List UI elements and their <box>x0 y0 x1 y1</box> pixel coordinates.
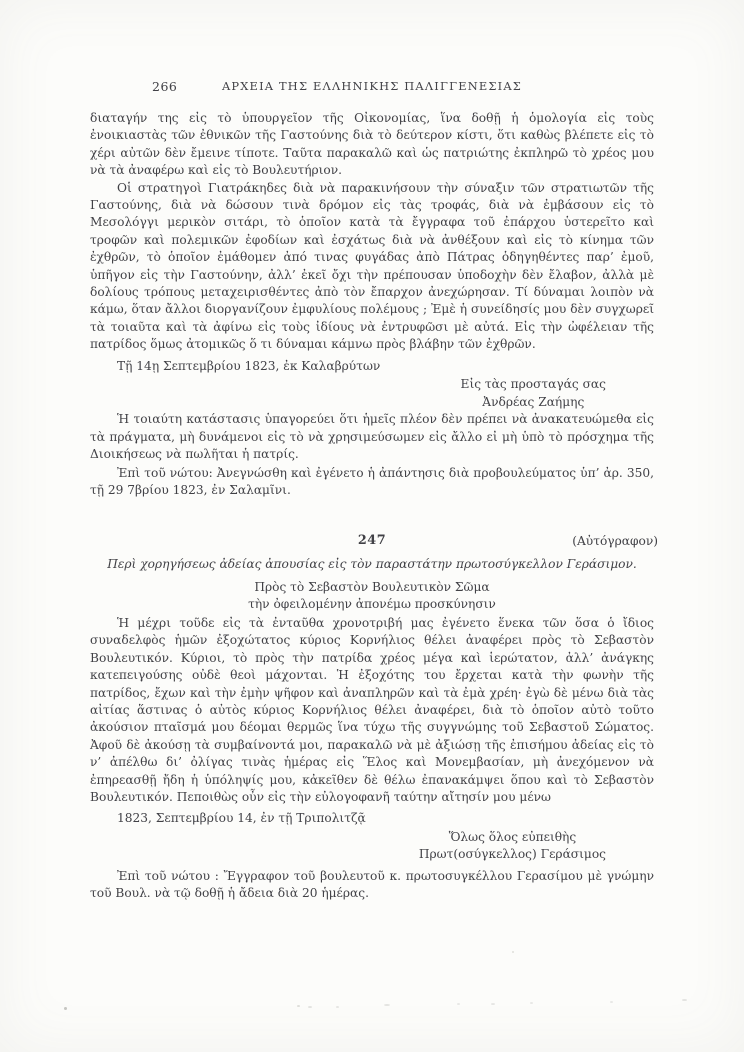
text-block: 266 ΑΡΧΕΙΑ ΤΗΣ ΕΛΛΗΝΙΚΗΣ ΠΑΛΙΓΓΕΝΕΣΙΑΣ δ… <box>90 78 654 903</box>
doc247-body: Ἡ μέχρι τοῦδε εἰς τὰ ἐνταῦθα χρονοτριβή … <box>90 615 654 806</box>
scan-speck <box>244 117 246 119</box>
scanned-book-page: 266 ΑΡΧΕΙΑ ΤΗΣ ΕΛΛΗΝΙΚΗΣ ΠΑΛΙΓΓΕΝΕΣΙΑΣ δ… <box>0 0 744 1052</box>
scan-speck <box>308 1006 312 1008</box>
doc247-signature-name: Πρωτ(οσύγκελλος) Γεράσιμος <box>419 846 606 864</box>
doc246-second-paragraph: Οἱ στρατηγοὶ Γιατράκηδες διὰ νὰ παρακινή… <box>90 180 654 354</box>
doc247-annotation: (Αὐτόγραφον) <box>572 533 658 550</box>
scan-speck <box>457 1003 460 1005</box>
scan-speck <box>512 951 514 953</box>
doc247-heading: 247 (Αὐτόγραφον) <box>90 532 654 550</box>
doc246-signature-name: Ἀνδρέας Ζαήμης <box>461 394 606 412</box>
scan-speck <box>297 1005 300 1007</box>
scan-speck <box>336 1006 339 1008</box>
doc246-dateline: Τῇ 14ῃ Σεπτεμβρίου 1823, ἐκ Καλαβρύτων <box>90 358 654 375</box>
scan-speck <box>610 1001 613 1003</box>
doc247-verso-note: Ἐπὶ τοῦ νώτου : Ἔγγραφον τοῦ βουλευτοῦ κ… <box>90 868 654 903</box>
document-246: διαταγήν της εἰς τὸ ὑπουργεῖον τῆς Οἰκον… <box>90 110 654 499</box>
scan-speck <box>384 1004 390 1006</box>
doc247-dateline: 1823, Σεπτεμβρίου 14, ἐν τῇ Τριπολιτζᾷ <box>90 810 654 827</box>
page-header: 266 ΑΡΧΕΙΑ ΤΗΣ ΕΛΛΗΝΙΚΗΣ ΠΑΛΙΓΓΕΝΕΣΙΑΣ <box>90 78 654 96</box>
page-number: 266 <box>152 78 177 95</box>
doc247-salutation-line1: Πρὸς τὸ Σεβαστὸν Βουλευτικὸν Σῶμα <box>90 579 654 597</box>
scan-speck <box>64 1007 67 1010</box>
doc246-signature-formula: Εἰς τὰς προσταγάς σας <box>461 376 606 394</box>
doc246-continuation-paragraph: διαταγήν της εἰς τὸ ὑπουργεῖον τῆς Οἰκον… <box>90 110 654 180</box>
doc247-signature-block: Ὅλως ὅλος εὐπειθὴς Πρωτ(οσύγκελλος) Γερά… <box>419 829 606 864</box>
doc246-verso-note: Ἐπὶ τοῦ νώτου: Ἀνεγνώσθη καὶ ἐγένετο ἡ ἀ… <box>90 465 654 500</box>
document-247: 247 (Αὐτόγραφον) Περὶ χορηγήσεως ἀδείας … <box>90 532 654 902</box>
scan-speck <box>491 1003 495 1005</box>
scan-speck <box>682 999 687 1001</box>
doc247-salutation: Πρὸς τὸ Σεβαστὸν Βουλευτικὸν Σῶμα τὴν ὀφ… <box>90 579 654 614</box>
doc247-number: 247 <box>90 532 654 549</box>
doc247-summary-title: Περὶ χορηγήσεως ἀδείας ἀπουσίας εἰς τὸν … <box>90 556 654 573</box>
doc246-signature-block: Εἰς τὰς προσταγάς σας Ἀνδρέας Ζαήμης <box>461 376 606 411</box>
doc246-closing-paragraph: Ἡ τοιαύτη κατάστασις ὑπαγορεύει ὅτι ἡμεῖ… <box>90 411 654 463</box>
doc247-salutation-line2: τὴν ὀφειλομένην ἀπονέμω προσκύνησιν <box>90 596 654 614</box>
scan-speck <box>530 1002 533 1004</box>
doc247-signature-formula: Ὅλως ὅλος εὐπειθὴς <box>419 829 606 847</box>
